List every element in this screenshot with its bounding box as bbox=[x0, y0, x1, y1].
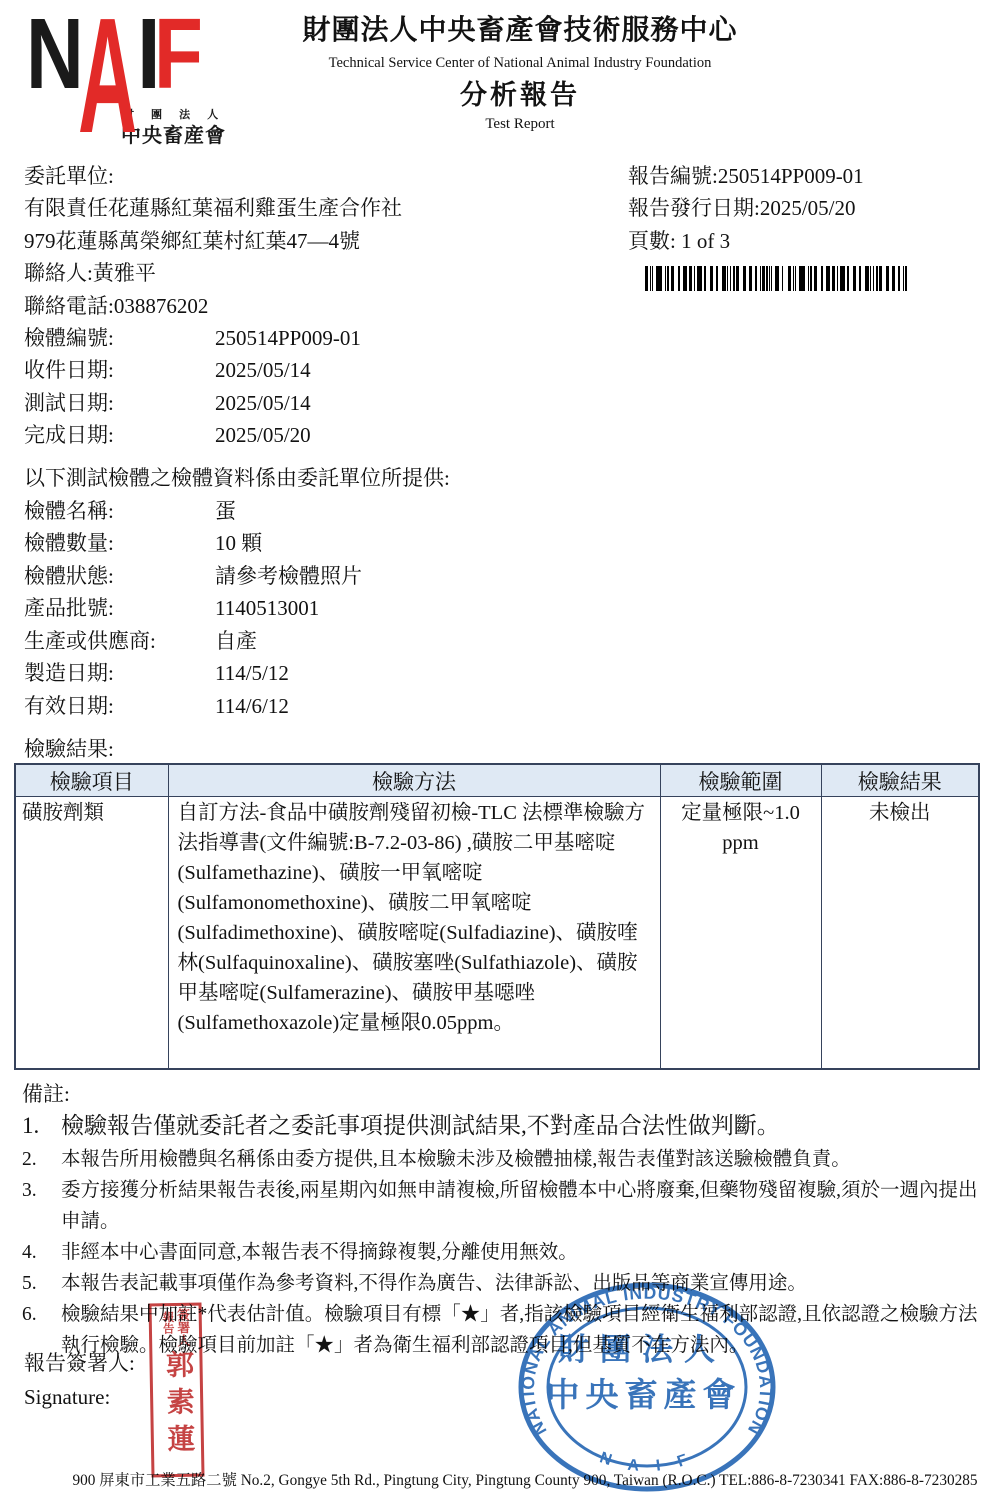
seal-center-line1: 財團法人 bbox=[558, 1332, 726, 1367]
sample-state-value: 請參考檢體照片 bbox=[215, 560, 362, 593]
signer-name-stamp: 報告 簽署人 郭素蓮 bbox=[148, 1303, 204, 1478]
remarks-label: 備註: bbox=[22, 1080, 992, 1108]
report-title-zh: 分析報告 bbox=[230, 78, 810, 112]
client-address: 979花蓮縣萬榮鄉紅葉村紅葉47—4號 bbox=[24, 225, 614, 257]
svg-text:N A I F: N A I F bbox=[598, 1449, 697, 1475]
batch-no-value: 1140513001 bbox=[215, 592, 319, 625]
test-result-cell: 未檢出 bbox=[821, 797, 979, 1069]
sample-id-value: 250514PP009-01 bbox=[215, 322, 361, 354]
remark-3-text: 委方接獲分析結果報告表後,兩星期內如無申請複檢,所留檢體本中心將廢棄,但藥物殘留… bbox=[61, 1175, 992, 1237]
sample-id-label: 檢體編號: bbox=[24, 322, 215, 354]
remark-item-2: 2. 本報告所用檢體與名稱係由委方提供,且本檢驗未涉及檢體抽樣,報告表僅對該送驗… bbox=[22, 1144, 992, 1175]
sample-name-label: 檢體名稱: bbox=[24, 495, 215, 528]
expiry-date-label: 有效日期: bbox=[24, 690, 215, 723]
col-header-test-result: 檢驗結果 bbox=[821, 764, 979, 797]
signer-block: 報告簽署人: Signature: bbox=[24, 1346, 135, 1414]
producer-row: 生產或供應商: 自產 bbox=[24, 625, 644, 658]
complete-date-row: 完成日期: 2025/05/20 bbox=[24, 419, 614, 451]
results-header-row: 檢驗項目 檢驗方法 檢驗範圍 檢驗結果 bbox=[15, 764, 979, 797]
signer-label-zh: 報告簽署人: bbox=[24, 1346, 135, 1380]
logo-letter-f: F bbox=[154, 4, 203, 104]
signer-stamp-name: 郭素蓮 bbox=[161, 1350, 193, 1462]
test-range-cell: 定量極限~1.0 ppm bbox=[660, 797, 821, 1069]
signer-stamp-header-left: 報告 bbox=[161, 1311, 174, 1347]
complete-date-value: 2025/05/20 bbox=[215, 419, 311, 451]
complete-date-label: 完成日期: bbox=[24, 419, 215, 451]
test-date-label: 測試日期: bbox=[24, 387, 215, 419]
seal-center-line2: 中央畜產會 bbox=[547, 1377, 742, 1414]
footer-address: 900 屏東市工業五路二號 No.2, Gongye 5th Rd., Ping… bbox=[0, 1468, 1000, 1490]
remark-3-number: 3. bbox=[22, 1175, 61, 1237]
report-meta: 報告編號:250514PP009-01 報告發行日期:2025/05/20 頁數… bbox=[628, 160, 988, 257]
test-range-line1: 定量極限~1.0 bbox=[667, 798, 815, 828]
remark-4-text: 非經本中心書面同意,本報告表不得摘錄複製,分離使用無效。 bbox=[61, 1237, 578, 1268]
header-titles: 財團法人中央畜產會技術服務中心 Technical Service Center… bbox=[230, 12, 810, 134]
remark-item-3: 3. 委方接獲分析結果報告表後,兩星期內如無申請複檢,所留檢體本中心將廢棄,但藥… bbox=[22, 1175, 992, 1237]
remark-5-number: 5. bbox=[22, 1268, 61, 1299]
test-method-cell: 自訂方法-食品中磺胺劑殘留初檢-TLC 法標準檢驗方法指導書(文件編號:B-7.… bbox=[168, 797, 660, 1069]
expiry-date-row: 有效日期: 114/6/12 bbox=[24, 690, 644, 723]
report-issue-date: 報告發行日期:2025/05/20 bbox=[628, 192, 988, 224]
remark-1-text: 檢驗報告僅就委託者之委託事項提供測試結果,不對產品合法性做判斷。 bbox=[61, 1108, 780, 1144]
client-phone: 聯絡電話:038876202 bbox=[24, 290, 614, 322]
sample-info: 以下測試檢體之檢體資料係由委託單位所提供: 檢體名稱: 蛋 檢體數量: 10 顆… bbox=[24, 462, 644, 722]
received-date-value: 2025/05/14 bbox=[215, 354, 311, 386]
signer-stamp-header-right: 簽署人 bbox=[175, 1308, 189, 1347]
test-item-cell: 磺胺劑類 bbox=[15, 797, 168, 1069]
report-title-en: Test Report bbox=[230, 114, 810, 134]
remark-1-number: 1. bbox=[22, 1108, 61, 1144]
remark-item-1: 1. 檢驗報告僅就委託者之委託事項提供測試結果,不對產品合法性做判斷。 bbox=[22, 1108, 992, 1144]
naif-logo: N A I F 財 團 法 人 中央畜産會 bbox=[28, 20, 223, 140]
remark-4-number: 4. bbox=[22, 1237, 61, 1268]
remark-2-number: 2. bbox=[22, 1144, 61, 1175]
sample-qty-label: 檢體數量: bbox=[24, 527, 215, 560]
col-header-test-method: 檢驗方法 bbox=[168, 764, 660, 797]
producer-value: 自產 bbox=[215, 625, 257, 658]
test-date-value: 2025/05/14 bbox=[215, 387, 311, 419]
report-pages: 頁數: 1 of 3 bbox=[628, 225, 988, 257]
sample-qty-row: 檢體數量: 10 顆 bbox=[24, 527, 644, 560]
foundation-seal: NATIONAL ANIMAL INDUSTRY FOUNDATION N A … bbox=[516, 1280, 778, 1494]
sample-intro: 以下測試檢體之檢體資料係由委託單位所提供: bbox=[24, 462, 644, 495]
mfg-date-row: 製造日期: 114/5/12 bbox=[24, 657, 644, 690]
signer-label-en: Signature: bbox=[24, 1380, 135, 1414]
batch-no-row: 產品批號: 1140513001 bbox=[24, 592, 644, 625]
sample-name-value: 蛋 bbox=[215, 495, 236, 528]
results-section-label: 檢驗結果: bbox=[24, 733, 114, 763]
barcode bbox=[645, 266, 907, 291]
sample-state-label: 檢體狀態: bbox=[24, 560, 215, 593]
remark-2-text: 本報告所用檢體與名稱係由委方提供,且本檢驗未涉及檢體抽樣,報告表僅對該送驗檢體負… bbox=[61, 1144, 851, 1175]
mfg-date-label: 製造日期: bbox=[24, 657, 215, 690]
sample-id-row: 檢體編號: 250514PP009-01 bbox=[24, 322, 614, 354]
seal-bottom-text: N A I F bbox=[598, 1449, 697, 1475]
client-name: 有限責任花蓮縣紅葉福利雞蛋生產合作社 bbox=[24, 192, 614, 224]
test-report-page: N A I F 財 團 法 人 中央畜産會 財團法人中央畜產會技術服務中心 Te… bbox=[0, 0, 1000, 1497]
remark-item-4: 4. 非經本中心書面同意,本報告表不得摘錄複製,分離使用無效。 bbox=[22, 1237, 992, 1268]
col-header-test-range: 檢驗範圍 bbox=[660, 764, 821, 797]
sample-qty-value: 10 顆 bbox=[215, 527, 262, 560]
org-title-zh: 財團法人中央畜產會技術服務中心 bbox=[230, 12, 810, 50]
batch-no-label: 產品批號: bbox=[24, 592, 215, 625]
logo-letter-a: A bbox=[78, 0, 137, 158]
remark-item-5: 5. 本報告表記載事項僅作為參考資料,不得作為廣告、法律訴訟、出版品等商業宣傳用… bbox=[22, 1268, 992, 1299]
sample-name-row: 檢體名稱: 蛋 bbox=[24, 495, 644, 528]
report-number: 報告編號:250514PP009-01 bbox=[628, 160, 988, 192]
logo-letter-n: N bbox=[26, 4, 84, 104]
received-date-row: 收件日期: 2025/05/14 bbox=[24, 354, 614, 386]
received-date-label: 收件日期: bbox=[24, 354, 215, 386]
sample-state-row: 檢體狀態: 請參考檢體照片 bbox=[24, 560, 644, 593]
producer-label: 生產或供應商: bbox=[24, 625, 215, 658]
mfg-date-value: 114/5/12 bbox=[215, 657, 289, 690]
expiry-date-value: 114/6/12 bbox=[215, 690, 289, 723]
test-range-line2: ppm bbox=[667, 828, 815, 858]
test-date-row: 測試日期: 2025/05/14 bbox=[24, 387, 614, 419]
client-info: 委託單位: 有限責任花蓮縣紅葉福利雞蛋生產合作社 979花蓮縣萬榮鄉紅葉村紅葉4… bbox=[24, 160, 614, 452]
table-row: 磺胺劑類 自訂方法-食品中磺胺劑殘留初檢-TLC 法標準檢驗方法指導書(文件編號… bbox=[15, 797, 979, 1069]
col-header-test-item: 檢驗項目 bbox=[15, 764, 168, 797]
client-contact: 聯絡人:黃雅平 bbox=[24, 257, 614, 289]
signer-stamp-header: 報告 簽署人 bbox=[152, 1308, 200, 1348]
results-table: 檢驗項目 檢驗方法 檢驗範圍 檢驗結果 磺胺劑類 自訂方法-食品中磺胺劑殘留初檢… bbox=[14, 763, 980, 1070]
org-title-en: Technical Service Center of National Ani… bbox=[230, 52, 810, 74]
